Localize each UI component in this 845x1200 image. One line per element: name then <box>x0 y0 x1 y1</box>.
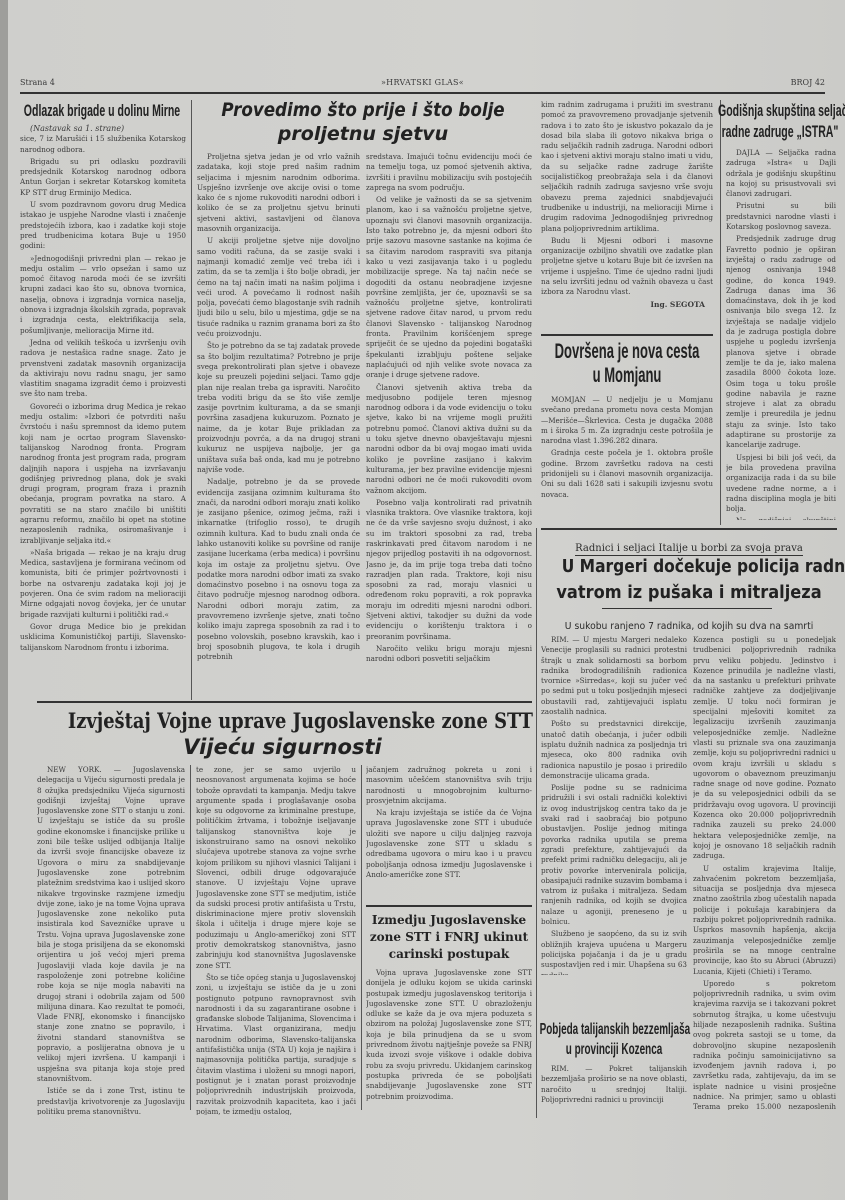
kozenca-headline: Pobjeda talijanskih bezzemljaša u provin… <box>541 1020 687 1060</box>
brigade-headline: Odlazak brigade u dolinu Mirne <box>14 100 190 124</box>
sjetva-column-1: Proljetna sjetva jedan je od vrlo važnih… <box>197 152 360 698</box>
column-divider <box>536 528 537 1118</box>
carinski-top-rule <box>366 905 532 907</box>
margeri-headline-underline <box>602 608 772 609</box>
issue-number: BROJ 42 <box>791 78 825 87</box>
sjetva-column-2: sredstava. Imajući točnu evidenciju moći… <box>366 152 532 698</box>
stt-top-rule <box>37 701 532 703</box>
margeri-top-rule <box>541 528 837 530</box>
momjan-headline: Dovršena je nova cesta u Momjanu <box>541 340 713 388</box>
margeri-subtitle: U sukobu ranjeno 7 radnika, od kojih su … <box>541 614 837 633</box>
margeri-column-2: Kozenca postigli su u ponedeljak trudben… <box>693 635 836 1110</box>
newspaper-page: Strana 4 »HRVATSKI GLAS« BROJ 42 Odlazak… <box>0 0 845 1200</box>
stt-column-2: te zone, jer se samo uvjerilo u neosnova… <box>196 765 356 1115</box>
sjetva-headline: Provedimo što prije i što bolje proljetn… <box>193 98 533 146</box>
sjetva-column-3: kim radnim zadrugama i pružiti im svestr… <box>541 100 713 332</box>
istra-headline: Godišnja skupština seljačke radne zadrug… <box>722 100 837 142</box>
masthead: Strana 4 »HRVATSKI GLAS« BROJ 42 <box>20 75 825 91</box>
signature: Ing. SEGOTA <box>541 300 713 310</box>
stt-column-3: jačanjem zadružnog pokreta u zoni i maso… <box>366 765 532 877</box>
newspaper-name: »HRVATSKI GLAS« <box>20 78 825 87</box>
momjan-article: MOMJAN — U nedjelju je u Momjanu svečano… <box>541 395 713 525</box>
column-divider <box>720 100 721 525</box>
column-divider <box>191 100 192 700</box>
continued-note: (Nastavak sa 1. strane) <box>20 124 186 134</box>
istra-article: DAJLA — Seljačka radna zadruga »Istra« u… <box>726 148 836 520</box>
brigade-article: (Nastavak sa 1. strane) sice, 7 iz Maruš… <box>20 124 186 714</box>
column-divider <box>361 765 362 1110</box>
stt-headline: Izvještaj Vojne uprave Jugoslavenske zon… <box>30 708 535 760</box>
kozenca-article: RIM. — Pokret talijanskih bezzemljaša pr… <box>541 1064 687 1109</box>
margeri-column-1: RIM. — U mjestu Margeri nedaleko Venecij… <box>541 635 687 975</box>
page-edge-shadow <box>0 0 8 1200</box>
stt-column-1: NEW YORK. — Jugoslavenska delegacija u V… <box>37 765 185 1115</box>
margeri-kicker: Radnici i seljaci Italije u borbi za svo… <box>541 536 837 555</box>
column-divider <box>190 765 191 1110</box>
masthead-rule <box>20 92 825 94</box>
margeri-headline: U Margeri dočekuje policija radnike vatr… <box>541 554 837 606</box>
carinski-article: Vojna uprava Jugoslavenske zone STT doni… <box>366 968 532 1113</box>
momjan-top-rule <box>541 334 713 336</box>
carinski-headline: Izmedju Jugoslavenske zone STT i FNRJ uk… <box>364 912 534 963</box>
